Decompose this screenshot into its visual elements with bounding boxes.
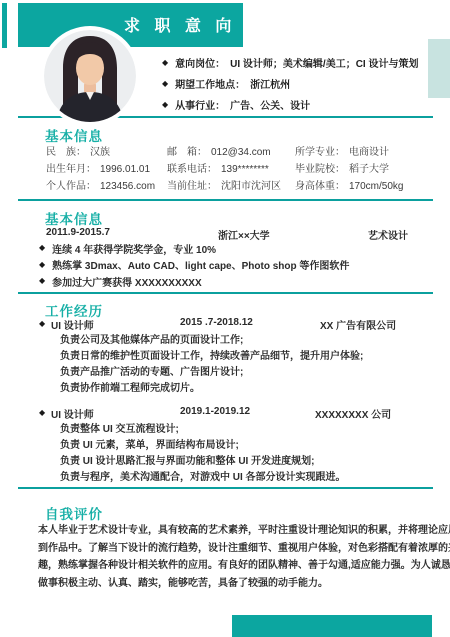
field-label: 个人作品： bbox=[46, 178, 96, 195]
paragraph-line: 做事积极主动、认真、踏实，能够吃苦，具备了较强的动手能力。 bbox=[38, 575, 450, 593]
list-item: ◆ 期望工作地点： 浙江杭州 bbox=[162, 73, 419, 94]
info-field: 联系电话：139******** bbox=[167, 161, 281, 178]
field-label: 邮 箱： bbox=[167, 144, 207, 161]
job-title: UI 设计师 bbox=[51, 406, 94, 421]
avatar-illustration bbox=[44, 30, 136, 122]
section-divider bbox=[18, 487, 433, 489]
field-value: 139******** bbox=[221, 161, 269, 178]
job-duty: 负责产品推广活动的专题、广告图片设计; bbox=[60, 365, 363, 381]
basic-info-column: 民 族：汉族 出生年月：1996.01.01 个人作品：123456.com bbox=[46, 144, 155, 195]
diamond-bullet-icon: ◆ bbox=[39, 261, 45, 269]
section-title-education: 基本信息 bbox=[45, 208, 103, 228]
diamond-bullet-icon: ◆ bbox=[162, 80, 168, 88]
field-label: 所学专业： bbox=[295, 144, 345, 161]
field-value: 123456.com bbox=[100, 178, 155, 195]
paragraph-line: 本人毕业于艺术设计专业，具有较高的艺术素养，平时注重设计理论知识的积累，并将理论… bbox=[38, 522, 450, 540]
field-label: 出生年月： bbox=[46, 161, 96, 178]
field-value: 稻子大学 bbox=[349, 161, 389, 178]
paragraph-line: 趣，熟练掌握各种设计相关软件的应用。有良好的团队精神、善于勾通,适应能力强。为人… bbox=[38, 557, 450, 575]
diamond-bullet-icon: ◆ bbox=[39, 244, 45, 252]
job-period: 2019.1-2019.12 bbox=[180, 406, 250, 417]
applicant-photo bbox=[40, 26, 140, 126]
list-item: ◆ 意向岗位： UI 设计师；美术编辑/美工；CI 设计与策划 bbox=[162, 52, 419, 73]
diamond-bullet-icon: ◆ bbox=[39, 409, 45, 417]
job-title: UI 设计师 bbox=[51, 317, 94, 332]
field-label: 毕业院校： bbox=[295, 161, 345, 178]
self-evaluation-paragraph: 本人毕业于艺术设计专业，具有较高的艺术素养，平时注重设计理论知识的积累，并将理论… bbox=[38, 522, 450, 592]
job-entry-header: ◆ UI 设计师 2015 .7-2018.12 XX 广告有限公司 bbox=[0, 317, 450, 331]
info-field: 出生年月：1996.01.01 bbox=[46, 161, 155, 178]
job-duty: 负责协作前端工程师完成切片。 bbox=[60, 381, 363, 397]
bottom-accent-block bbox=[232, 615, 432, 637]
info-field: 身高体重：170cm/50kg bbox=[295, 178, 403, 195]
job-duty-list: 负责公司及其他媒体产品的页面设计工作; 负责日常的维护性页面设计工作，持续改善产… bbox=[60, 333, 363, 397]
paragraph-line: 到作品中。了解当下设计的流行趋势，设计注重细节、重视用户体验，对色彩搭配有着浓厚… bbox=[38, 540, 450, 558]
job-company: XXXXXXXX 公司 bbox=[315, 406, 391, 421]
education-major: 艺术设计 bbox=[368, 227, 408, 242]
field-value: 1996.01.01 bbox=[100, 161, 150, 178]
job-duty: 负责公司及其他媒体产品的页面设计工作; bbox=[60, 333, 363, 349]
corner-accent-bar bbox=[2, 3, 7, 48]
field-value: 汉族 bbox=[90, 144, 110, 161]
info-field: 个人作品：123456.com bbox=[46, 178, 155, 195]
list-item: ◆熟练掌 3Dmax、Auto CAD、light cape、Photo sho… bbox=[39, 257, 349, 274]
intention-label: 意向岗位： bbox=[175, 55, 225, 70]
diamond-bullet-icon: ◆ bbox=[39, 277, 45, 285]
job-period: 2015 .7-2018.12 bbox=[180, 317, 253, 328]
list-item: ◆参加过大广赛获得 XXXXXXXXXX bbox=[39, 273, 349, 290]
job-duty-list: 负责整体 UI 交互流程设计; 负责 UI 元素，菜单，界面结构布局设计; 负责… bbox=[60, 422, 346, 486]
field-label: 当前住址： bbox=[167, 178, 217, 195]
education-bullet-list: ◆连续 4 年获得学院奖学金，专业 10% ◆熟练掌 3Dmax、Auto CA… bbox=[39, 240, 349, 290]
job-entry-header: ◆ UI 设计师 2019.1-2019.12 XXXXXXXX 公司 bbox=[0, 406, 450, 420]
info-field: 邮 箱：012@34.com bbox=[167, 144, 281, 161]
section-divider bbox=[18, 199, 433, 201]
info-field: 所学专业：电商设计 bbox=[295, 144, 403, 161]
info-field: 当前住址：沈阳市沈河区 bbox=[167, 178, 281, 195]
education-period: 2011.9-2015.7 bbox=[46, 227, 110, 238]
info-field: 民 族：汉族 bbox=[46, 144, 155, 161]
field-value: 电商设计 bbox=[349, 144, 389, 161]
intention-value: 广告、公关、设计 bbox=[230, 97, 310, 112]
intention-value: 浙江杭州 bbox=[250, 76, 290, 91]
field-value: 012@34.com bbox=[211, 144, 271, 161]
job-duty: 负责 UI 设计思路汇报与界面功能和整体 UI 开发进度规划; bbox=[60, 454, 346, 470]
field-value: 170cm/50kg bbox=[349, 178, 403, 195]
education-bullet: 参加过大广赛获得 XXXXXXXXXX bbox=[52, 274, 201, 289]
field-label: 民 族： bbox=[46, 144, 86, 161]
field-value: 沈阳市沈河区 bbox=[221, 178, 281, 195]
list-item: ◆ 从事行业： 广告、公关、设计 bbox=[162, 94, 419, 115]
section-title-basic-info: 基本信息 bbox=[45, 125, 103, 145]
education-bullet: 熟练掌 3Dmax、Auto CAD、light cape、Photo shop… bbox=[52, 257, 349, 272]
list-item: ◆连续 4 年获得学院奖学金，专业 10% bbox=[39, 240, 349, 257]
job-company: XX 广告有限公司 bbox=[320, 317, 396, 332]
field-label: 联系电话： bbox=[167, 161, 217, 178]
basic-info-column: 所学专业：电商设计 毕业院校：稻子大学 身高体重：170cm/50kg bbox=[295, 144, 403, 195]
education-entry: 2011.9-2015.7 浙江××大学 艺术设计 bbox=[0, 227, 450, 241]
job-duty: 负责日常的维护性页面设计工作，持续改善产品细节，提升用户体验; bbox=[60, 349, 363, 365]
intention-label: 期望工作地点： bbox=[175, 76, 245, 91]
job-duty: 负责整体 UI 交互流程设计; bbox=[60, 422, 346, 438]
diamond-bullet-icon: ◆ bbox=[162, 101, 168, 109]
header-title: 求 职 意 向 bbox=[124, 13, 236, 36]
field-label: 身高体重： bbox=[295, 178, 345, 195]
section-title-self-evaluation: 自我评价 bbox=[45, 503, 103, 523]
section-divider bbox=[18, 292, 433, 294]
resume-page: 求 职 意 向 ◆ 意向岗位： UI 设计师；美术编辑/美工；CI 设计与策划 … bbox=[0, 0, 450, 637]
intention-label: 从事行业： bbox=[175, 97, 225, 112]
diamond-bullet-icon: ◆ bbox=[162, 59, 168, 67]
education-bullet: 连续 4 年获得学院奖学金，专业 10% bbox=[52, 241, 216, 256]
job-duty: 负责 UI 元素，菜单，界面结构布局设计; bbox=[60, 438, 346, 454]
right-accent-block bbox=[428, 39, 450, 98]
basic-info-column: 邮 箱：012@34.com 联系电话：139******** 当前住址：沈阳市… bbox=[167, 144, 281, 195]
job-duty: 负责与程序，美术沟通配合，对游戏中 UI 各部分设计实现跟进。 bbox=[60, 470, 346, 486]
intention-value: UI 设计师；美术编辑/美工；CI 设计与策划 bbox=[230, 55, 418, 70]
job-intention-list: ◆ 意向岗位： UI 设计师；美术编辑/美工；CI 设计与策划 ◆ 期望工作地点… bbox=[162, 52, 419, 115]
diamond-bullet-icon: ◆ bbox=[39, 320, 45, 328]
info-field: 毕业院校：稻子大学 bbox=[295, 161, 403, 178]
